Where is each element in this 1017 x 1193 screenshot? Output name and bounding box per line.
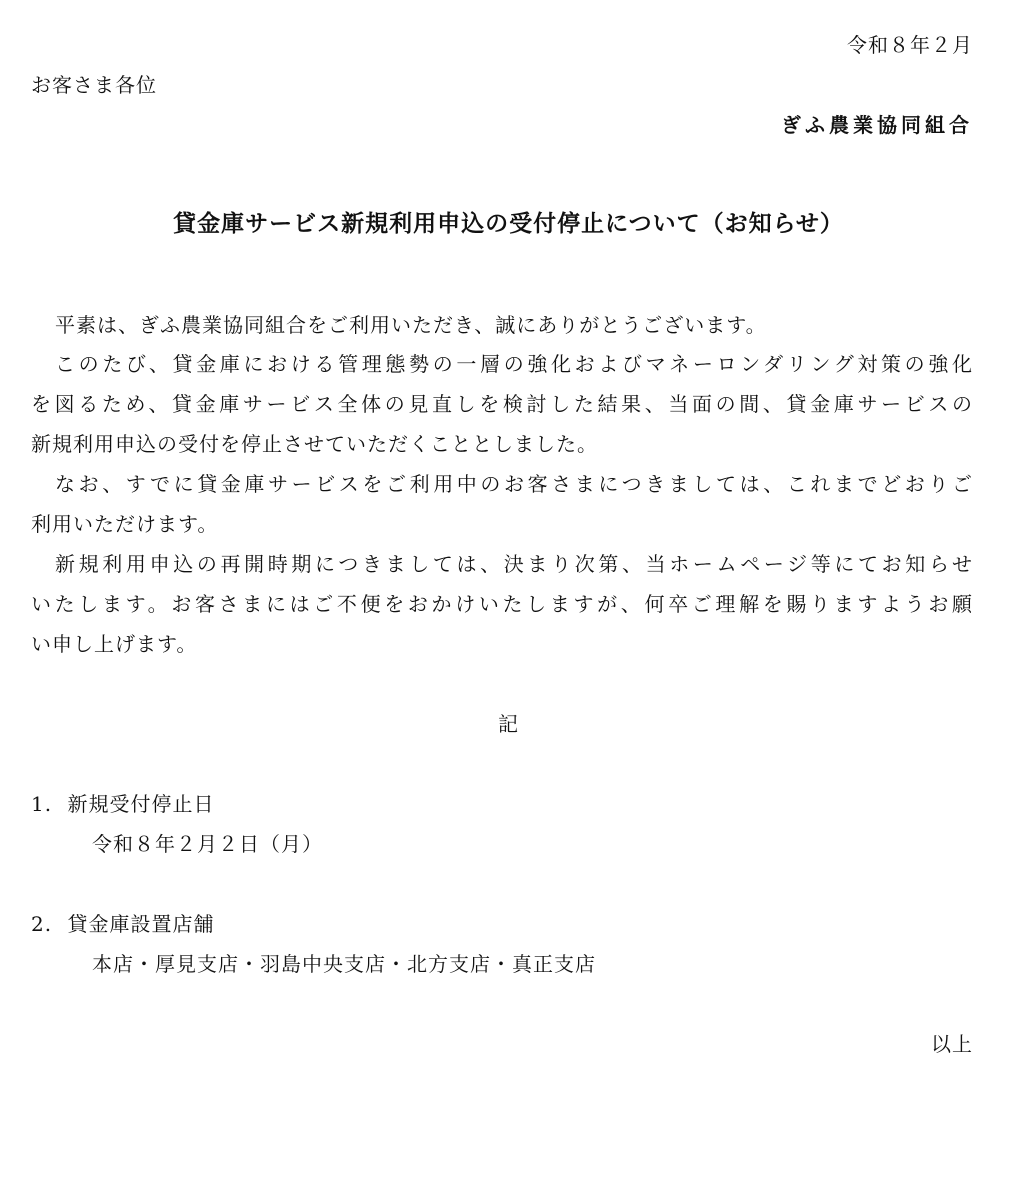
note-label: 貸金庫設置店舗	[67, 912, 214, 936]
issue-date: 令和８年２月	[847, 32, 973, 58]
paragraph-line: なお、すでに貸金庫サービスをご利用中のお客さまにつきましては、これまでどおりご	[55, 471, 973, 497]
addressee: お客さま各位	[31, 72, 157, 98]
notes-heading: 記	[0, 711, 1017, 737]
paragraph-line: 平素は、ぎふ農業協同組合をご利用いただき、誠にありがとうございます。	[55, 312, 767, 338]
note-label: 新規受付停止日	[67, 792, 214, 816]
note-detail: 令和８年２月２日（月）	[92, 831, 323, 857]
paragraph-line: 新規利用申込の再開時期につきましては、決まり次第、当ホームページ等にてお知らせ	[55, 551, 973, 577]
paragraph-line: を図るため、貸金庫サービス全体の見直しを検討した結果、当面の間、貸金庫サービスの	[31, 391, 973, 417]
note-item-heading: 2. 貸金庫設置店舗	[31, 911, 214, 937]
paragraph-line: 利用いただけます。	[31, 511, 218, 537]
organization-name: ぎふ農業協同組合	[781, 112, 973, 138]
note-number: 2.	[31, 912, 52, 936]
note-item-heading: 1. 新規受付停止日	[31, 791, 214, 817]
paragraph-line: いたします。お客さまにはご不便をおかけいたしますが、何卒ご理解を賜りますようお願	[31, 591, 973, 617]
closing-mark: 以上	[931, 1031, 973, 1057]
paragraph-line: 新規利用申込の受付を停止させていただくこととしました。	[31, 431, 598, 457]
notice-title: 貸金庫サービス新規利用申込の受付停止について（お知らせ）	[0, 211, 1017, 237]
note-number: 1.	[31, 792, 52, 816]
note-detail: 本店・厚見支店・羽島中央支店・北方支店・真正支店	[92, 951, 596, 977]
paragraph-line: い申し上げます。	[31, 631, 197, 657]
paragraph-line: このたび、貸金庫における管理態勢の一層の強化およびマネーロンダリング対策の強化	[55, 351, 973, 377]
